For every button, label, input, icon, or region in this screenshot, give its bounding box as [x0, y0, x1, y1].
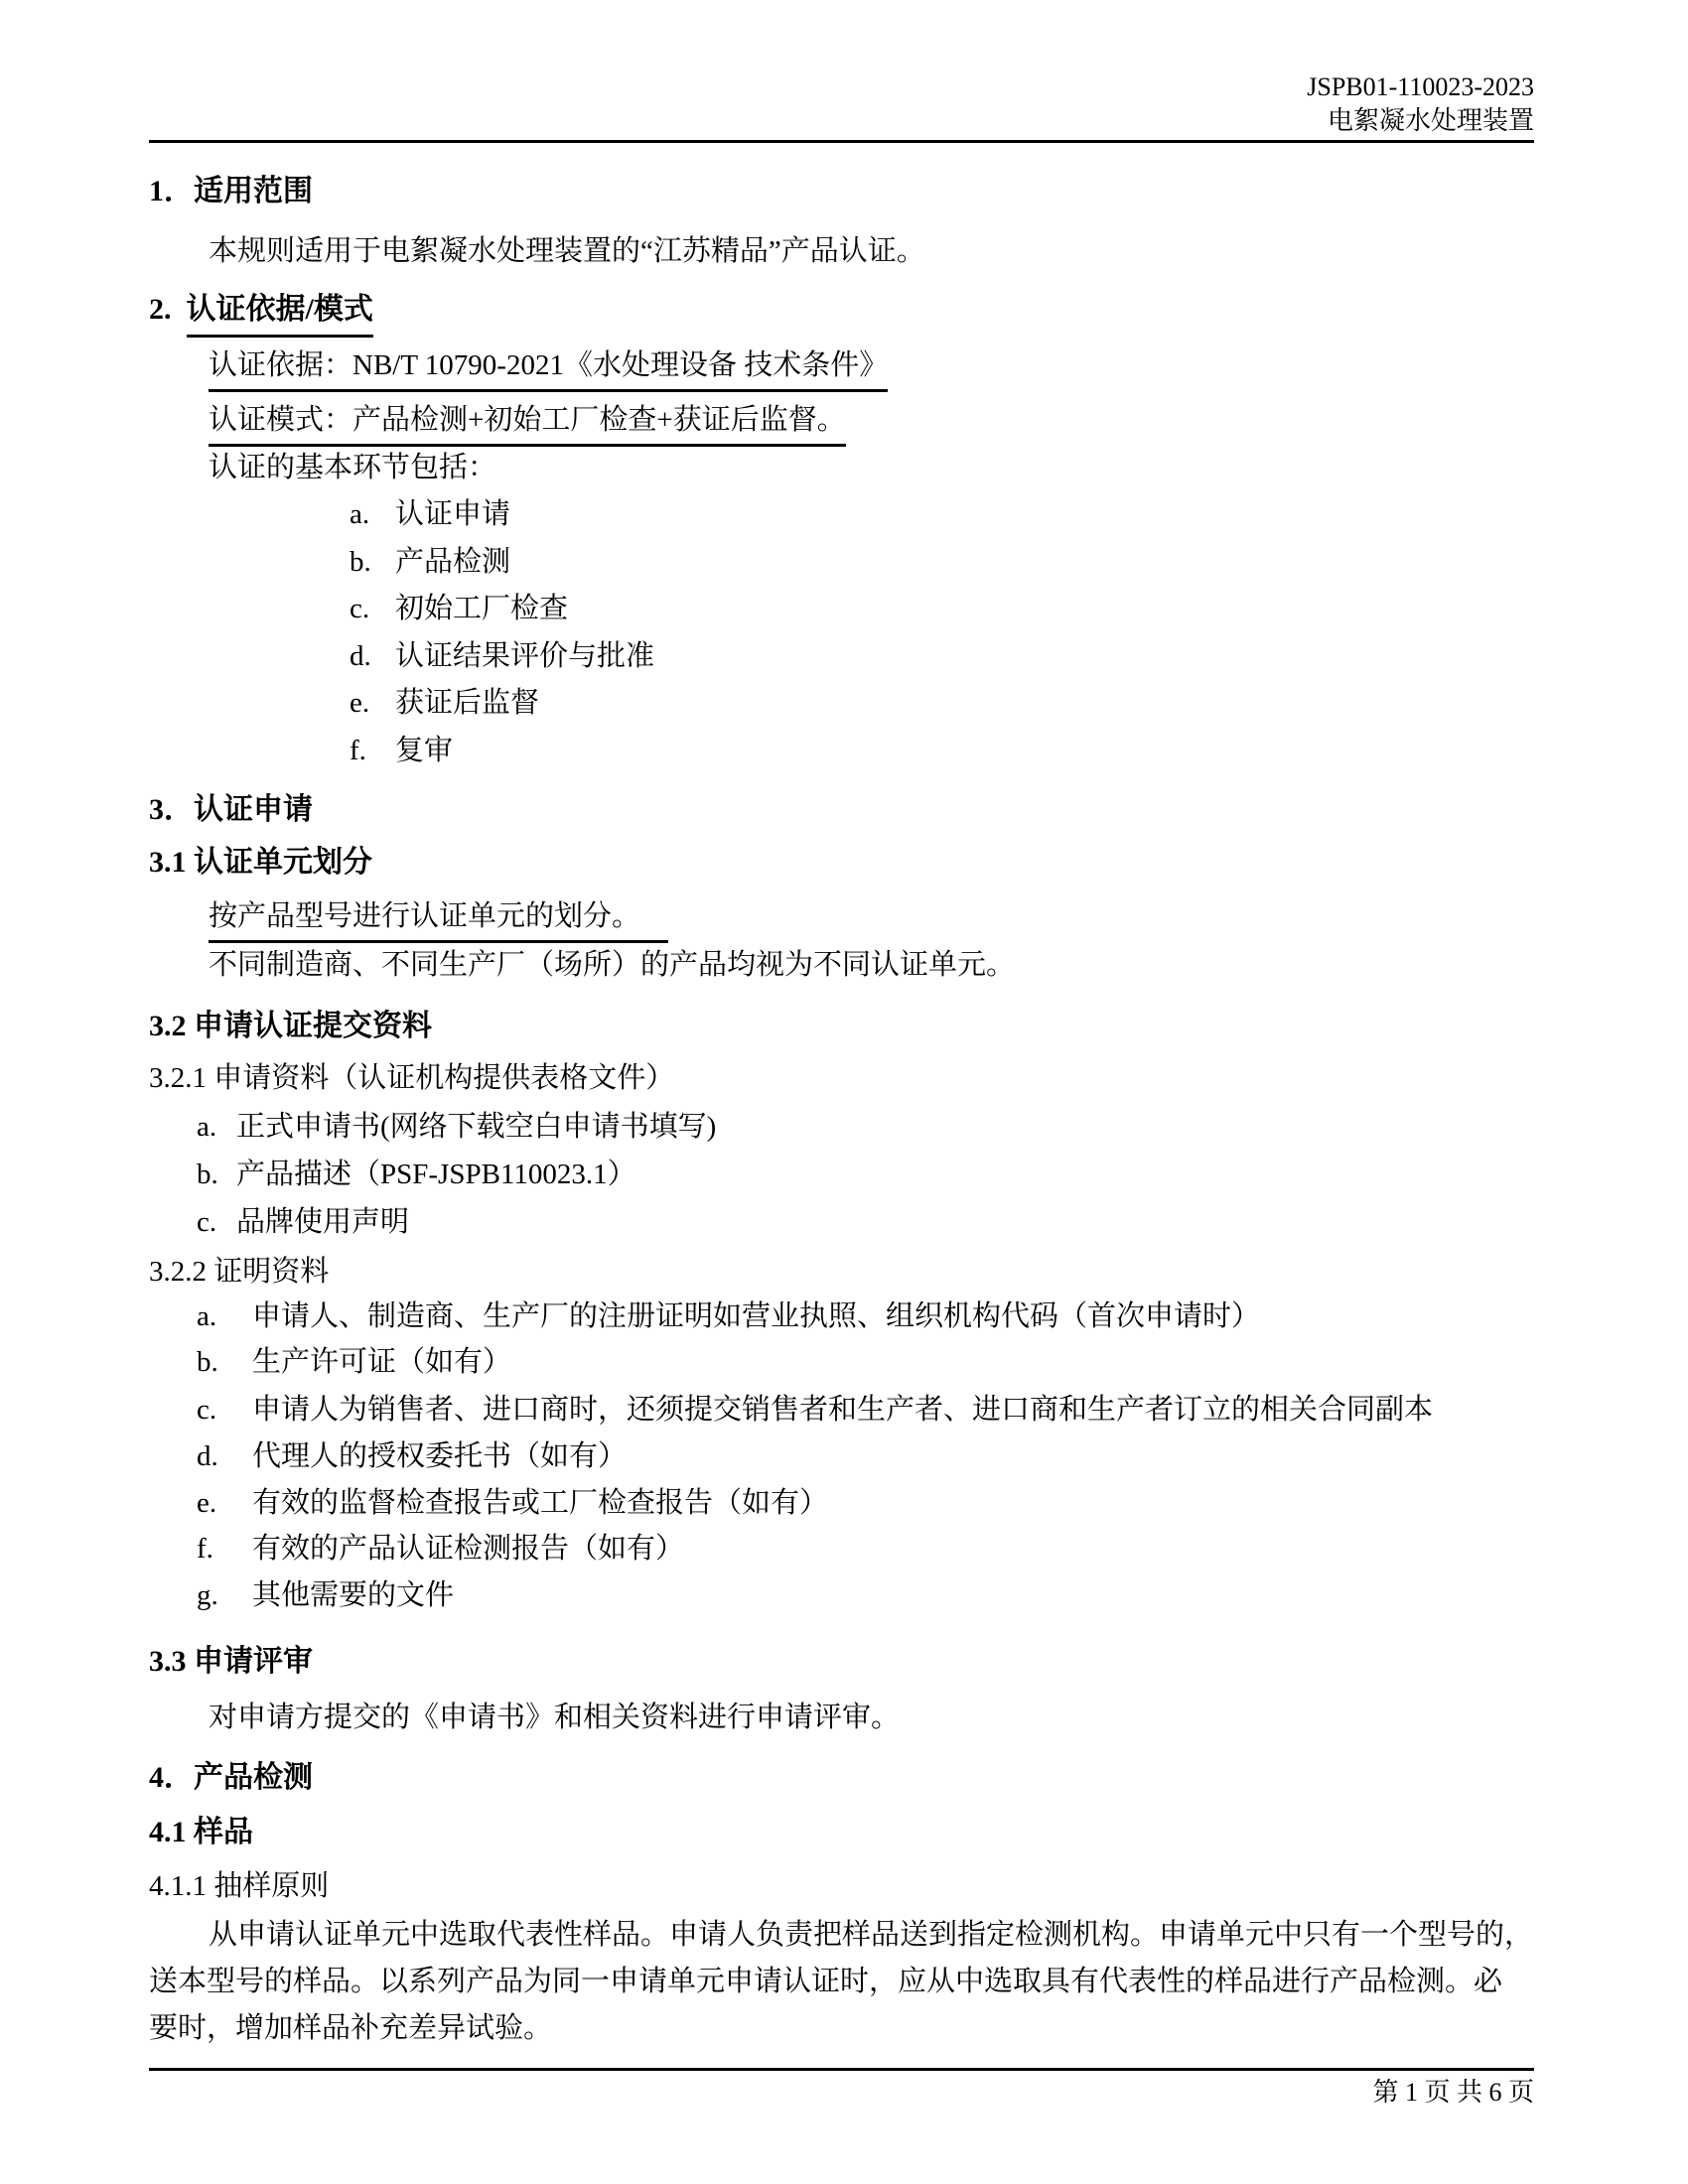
- list-item-label: g.: [197, 1575, 252, 1615]
- certification-mode-line: 认证模式：产品检测+初始工厂检查+获证后监督。: [209, 400, 846, 447]
- header-rule: [149, 140, 1534, 143]
- list-item: c.初始工厂检查: [350, 589, 568, 628]
- list-item-label: b.: [197, 1342, 252, 1382]
- list-item-text: 初始工厂检查: [395, 589, 568, 628]
- list-item-text: 认证申请: [395, 494, 510, 534]
- section-3-1-heading: 3.1 认证单元划分: [149, 842, 372, 884]
- list-item: d.代理人的授权委托书（如有）: [197, 1436, 627, 1476]
- list-item-label: a.: [197, 1107, 236, 1147]
- section-3-2-1-heading: 3.2.1 申请资料（认证机构提供表格文件）: [149, 1058, 674, 1098]
- section-3-3-heading: 3.3 申请评审: [149, 1641, 313, 1683]
- list-item-label: e.: [197, 1483, 252, 1523]
- list-item-label: d.: [197, 1436, 252, 1476]
- list-item: e.获证后监督: [350, 683, 539, 723]
- section-3-2-2-heading: 3.2.2 证明资料: [149, 1252, 329, 1292]
- list-item-text: 有效的监督检查报告或工厂检查报告（如有）: [252, 1483, 828, 1523]
- section-3-1-paragraph: 不同制造商、不同生产厂（场所）的产品均视为不同认证单元。: [209, 945, 1015, 985]
- certification-mode-text: 认证模式：产品检测+初始工厂检查+获证后监督。: [209, 400, 846, 447]
- list-item-text: 认证结果评价与批准: [395, 636, 654, 676]
- list-item: a.认证申请: [350, 494, 510, 534]
- list-item: b.产品描述（PSF-JSPB110023.1）: [197, 1155, 636, 1194]
- certification-basis-line: 认证依据：NB/T 10790-2021《水处理设备 技术条件》: [209, 345, 888, 392]
- sampling-paragraph-line: 要时，增加样品补充差异试验。: [149, 2008, 552, 2048]
- section-4-1-1-heading: 4.1.1 抽样原则: [149, 1866, 329, 1906]
- list-item-label: a.: [197, 1297, 252, 1336]
- header-doc-title: 电絮凝水处理装置: [1328, 105, 1534, 137]
- list-item: a.正式申请书(网络下载空白申请书填写): [197, 1107, 716, 1147]
- section-3-3-paragraph: 对申请方提交的《申请书》和相关资料进行申请评审。: [209, 1698, 900, 1737]
- section-2-heading-text: 认证依据/模式: [187, 289, 373, 338]
- list-item-label: e.: [350, 683, 395, 723]
- list-item: a.申请人、制造商、生产厂的注册证明如营业执照、组织机构代码（首次申请时）: [197, 1297, 1260, 1336]
- certification-basis-text: 认证依据：NB/T 10790-2021《水处理设备 技术条件》: [209, 345, 888, 392]
- unit-division-rule-line: 按产品型号进行认证单元的划分。: [209, 896, 668, 943]
- list-item: b.产品检测: [350, 542, 510, 582]
- list-item-text: 有效的产品认证检测报告（如有）: [252, 1529, 684, 1569]
- steps-intro: 认证的基本环节包括：: [209, 448, 496, 487]
- list-item-text: 复审: [395, 731, 453, 770]
- list-item-text: 其他需要的文件: [252, 1575, 454, 1615]
- section-3-2-heading: 3.2 申请认证提交资料: [149, 1006, 432, 1047]
- section-4-heading: 4．产品检测: [149, 1757, 313, 1799]
- list-item-label: a.: [350, 494, 395, 534]
- list-item-text: 品牌使用声明: [236, 1202, 409, 1242]
- list-item-text: 代理人的授权委托书（如有）: [252, 1436, 627, 1476]
- list-item-label: c.: [197, 1202, 236, 1242]
- sampling-paragraph-line: 送本型号的样品。以系列产品为同一申请单元申请认证时，应从中选取具有代表性的样品进…: [149, 1962, 1502, 2001]
- list-item: g.其他需要的文件: [197, 1575, 454, 1615]
- section-2-heading-spacer: [172, 293, 187, 326]
- list-item: c.申请人为销售者、进口商时，还须提交销售者和生产者、进口商和生产者订立的相关合…: [197, 1390, 1433, 1430]
- list-item-label: c.: [197, 1390, 252, 1430]
- section-2-number: 2.: [149, 293, 172, 326]
- list-item-label: b.: [350, 542, 395, 582]
- list-item: f.有效的产品认证检测报告（如有）: [197, 1529, 684, 1569]
- document-page: JSPB01-110023-2023 电絮凝水处理装置 1．适用范围 本规则适用…: [0, 0, 1688, 2184]
- list-item-text: 生产许可证（如有）: [252, 1342, 511, 1382]
- list-item-text: 产品描述（PSF-JSPB110023.1）: [236, 1155, 636, 1194]
- header-doc-code: JSPB01-110023-2023: [1307, 71, 1534, 103]
- section-1-heading: 1．适用范围: [149, 171, 313, 212]
- list-item: b.生产许可证（如有）: [197, 1342, 511, 1382]
- list-item-label: f.: [197, 1529, 252, 1569]
- list-item-text: 正式申请书(网络下载空白申请书填写): [236, 1107, 716, 1147]
- list-item-label: f.: [350, 731, 395, 770]
- list-item: e.有效的监督检查报告或工厂检查报告（如有）: [197, 1483, 828, 1523]
- list-item-text: 获证后监督: [395, 683, 539, 723]
- footer-page-number: 第 1 页 共 6 页: [1372, 2077, 1534, 2109]
- section-2-heading: 2. 认证依据/模式: [149, 289, 373, 338]
- footer-rule: [149, 2068, 1534, 2071]
- section-1-paragraph: 本规则适用于电絮凝水处理装置的“江苏精品”产品认证。: [209, 231, 925, 271]
- list-item: c.品牌使用声明: [197, 1202, 409, 1242]
- list-item-label: d.: [350, 636, 395, 676]
- list-item-text: 申请人、制造商、生产厂的注册证明如营业执照、组织机构代码（首次申请时）: [252, 1297, 1260, 1336]
- list-item-text: 产品检测: [395, 542, 510, 582]
- list-item-label: c.: [350, 589, 395, 628]
- list-item-text: 申请人为销售者、进口商时，还须提交销售者和生产者、进口商和生产者订立的相关合同副…: [252, 1390, 1433, 1430]
- sampling-paragraph-line: 从申请认证单元中选取代表性样品。申请人负责把样品送到指定检测机构。申请单元中只有…: [209, 1915, 1533, 1955]
- section-4-1-heading: 4.1 样品: [149, 1812, 253, 1853]
- section-3-heading: 3．认证申请: [149, 789, 313, 831]
- list-item: f.复审: [350, 731, 453, 770]
- list-item-label: b.: [197, 1155, 236, 1194]
- list-item: d.认证结果评价与批准: [350, 636, 654, 676]
- unit-division-rule-text: 按产品型号进行认证单元的划分。: [209, 896, 668, 943]
